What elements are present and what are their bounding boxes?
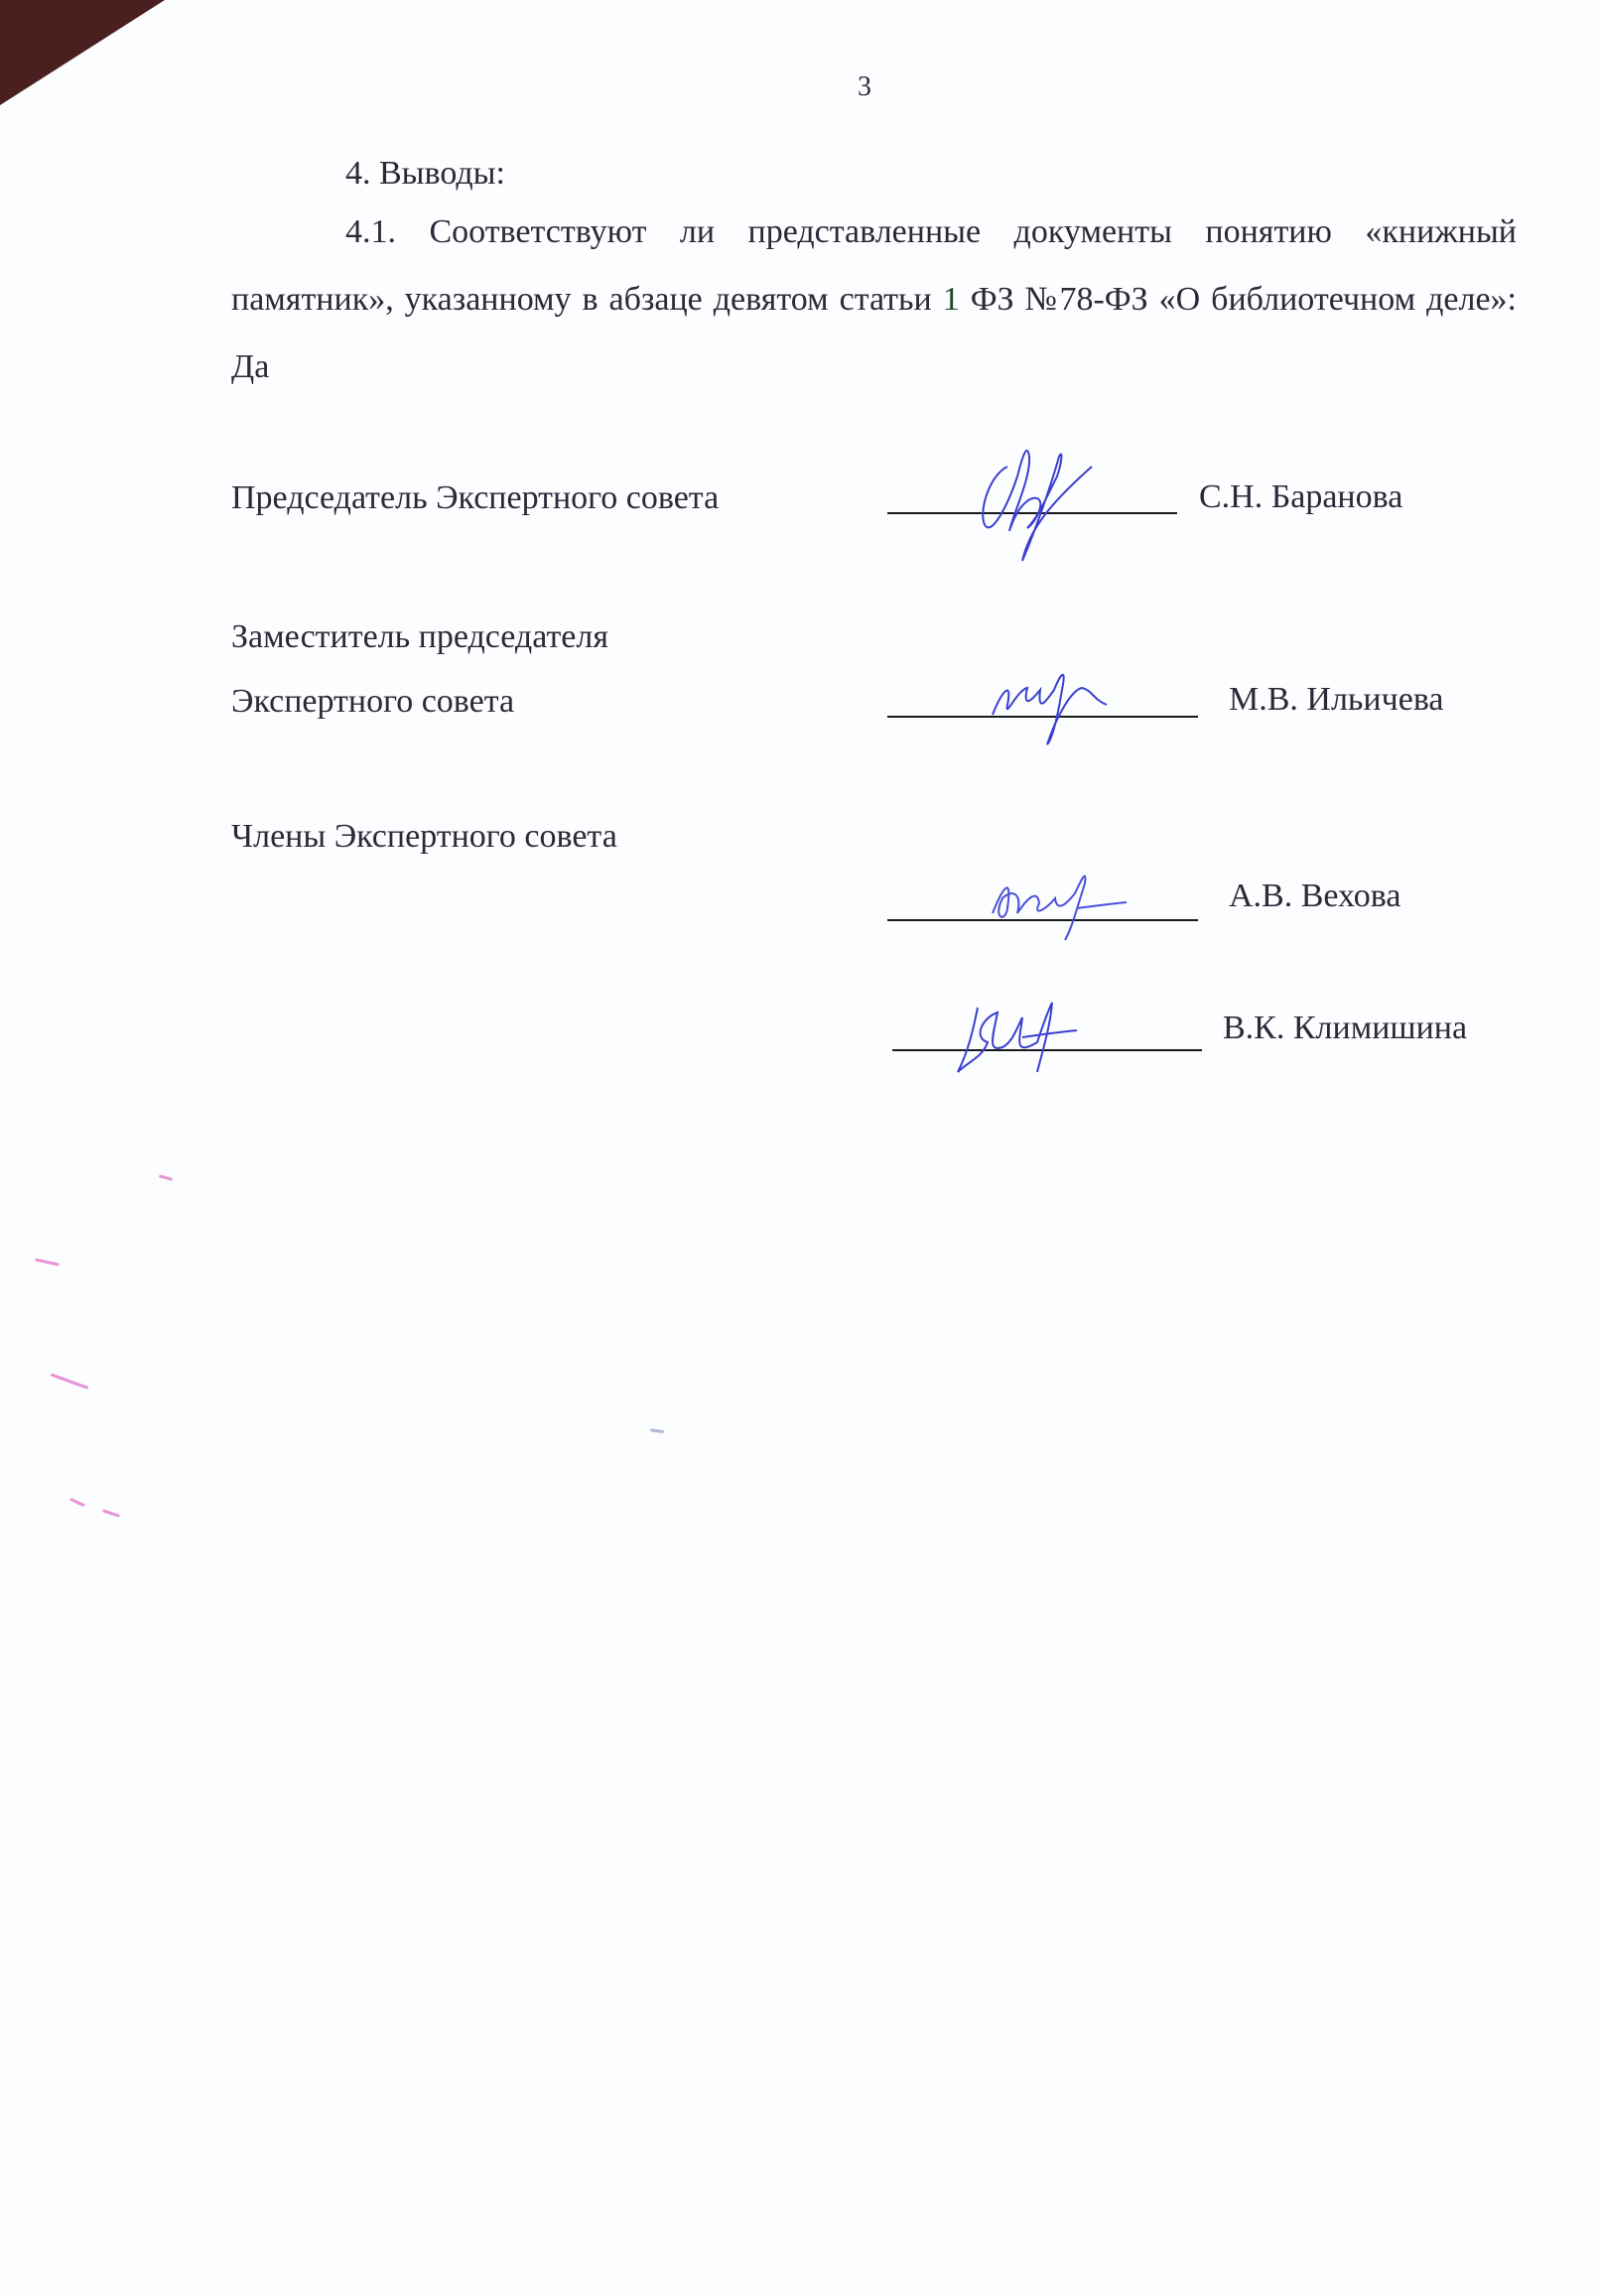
role-members: Члены Экспертного совета xyxy=(231,820,617,854)
scan-artifact xyxy=(159,1174,173,1181)
scan-corner-shadow xyxy=(0,0,165,105)
item-number: 4.1. xyxy=(345,213,396,250)
scan-artifact xyxy=(69,1498,85,1507)
signature-ilicheva xyxy=(983,660,1122,754)
scan-artifact xyxy=(51,1373,89,1390)
name-baranova: С.Н. Баранова xyxy=(1199,480,1402,514)
signature-baranova xyxy=(968,437,1107,571)
scan-artifact xyxy=(102,1509,120,1517)
conclusions-heading: 4. Выводы: xyxy=(345,157,505,191)
conclusion-paragraph: 4.1. Соответствуют ли представленные док… xyxy=(231,199,1517,401)
name-vekhova: А.В. Вехова xyxy=(1229,879,1400,913)
page-number: 3 xyxy=(858,73,871,101)
scan-artifact xyxy=(35,1258,60,1266)
role-deputy-line1: Заместитель председателя xyxy=(231,620,608,654)
signature-klimishina xyxy=(943,993,1092,1087)
role-chairman: Председатель Экспертного совета xyxy=(231,481,719,515)
role-deputy-line2: Экспертного совета xyxy=(231,685,514,719)
article-number: 1 xyxy=(943,281,960,318)
name-klimishina: В.К. Климишина xyxy=(1223,1012,1467,1045)
name-ilicheva: М.В. Ильичева xyxy=(1229,683,1444,717)
scan-artifact xyxy=(650,1428,664,1433)
signature-vekhova xyxy=(978,859,1136,953)
